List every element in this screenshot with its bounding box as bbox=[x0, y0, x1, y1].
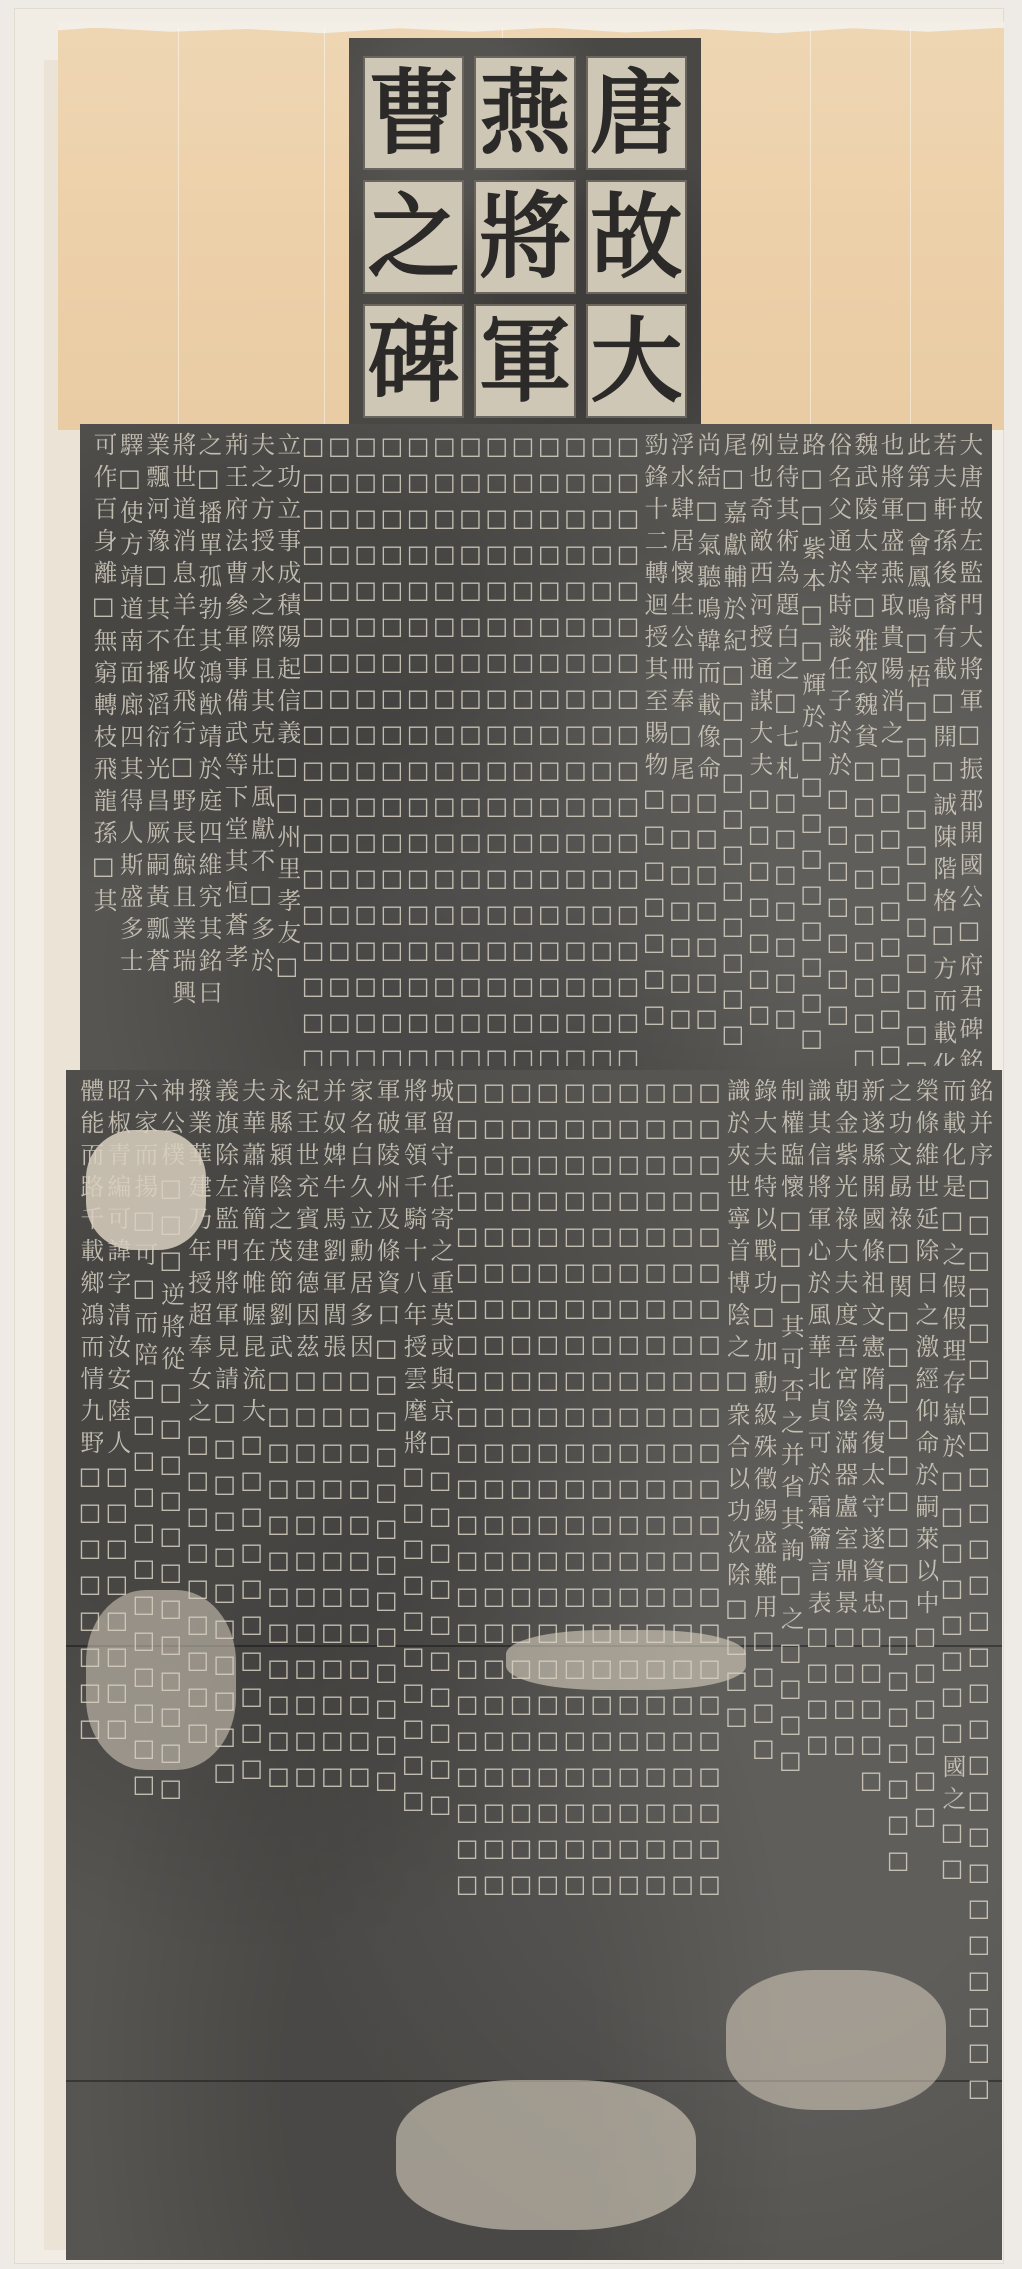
inscription-column: 永縣潁陰之茂節劉武□□□□□□□□□□□□ bbox=[265, 1078, 292, 2252]
inscription-column: □□□□□□□□□□□□□□□□□□□□□□□ bbox=[453, 1078, 480, 2252]
inscription-column: 路□□紫本□□輝於□□□□□□□□□ bbox=[798, 432, 824, 1066]
inscription-column: 魏武陵太宰□雅叙魏貧□□□□□□□□□ bbox=[851, 432, 877, 1066]
weathered-damage bbox=[726, 1970, 946, 2110]
inscription-column: □□□□□□□□□□□□□□□□□□□ bbox=[431, 432, 457, 1066]
inscription-column: 尚結□氣聽鳴韓而載像命□□□□□□□ bbox=[693, 432, 719, 1066]
title-char: 將 bbox=[474, 180, 575, 294]
inscription-column: □□□□□□□□□□□□□□□□□□□ bbox=[510, 432, 536, 1066]
inscription-column: 可作百身離□無窮轉枝飛龍孫□其 bbox=[90, 432, 116, 1066]
inscription-column: 也將軍盛燕取貴陽消之□□□□□□□□□ bbox=[877, 432, 903, 1066]
inscription-column: □□□□□□□□□□□□□□□□□□□ bbox=[300, 432, 326, 1066]
weathered-damage bbox=[86, 1590, 236, 1770]
upper-text-columns: 大唐故左監門大將軍□振郡開國公□府君碑銘并序若夫軒孫後裔有截□開□誠陳階格□方而… bbox=[90, 432, 982, 1066]
inscription-column: 驛□使方靖道南面廊四其得人斯盛多士 bbox=[116, 432, 142, 1066]
paper-crease bbox=[810, 28, 811, 430]
inscription-column: □□□□□□□□□□□□□□□□□□□ bbox=[562, 432, 588, 1066]
title-char: 故 bbox=[586, 180, 687, 294]
title-char: 碑 bbox=[363, 304, 464, 418]
weathered-damage bbox=[506, 1630, 746, 1690]
title-char: 之 bbox=[363, 180, 464, 294]
paper-crease bbox=[324, 28, 325, 430]
title-char: 燕 bbox=[474, 56, 575, 170]
inscription-column: 浮水肆居懷生公冊奉□尾□□□□□□□ bbox=[667, 432, 693, 1066]
inscription-upper-slab: 大唐故左監門大將軍□振郡開國公□府君碑銘并序若夫軒孫後裔有截□開□誠陳階格□方而… bbox=[80, 424, 992, 1074]
inscription-column: 夫之方授水之際且其克壯風獻不□多於 bbox=[247, 432, 273, 1066]
inscription-column: □□□□□□□□□□□□□□□□□□□ bbox=[484, 432, 510, 1066]
inscription-column: □□□□□□□□□□□□□□□□□□□ bbox=[352, 432, 378, 1066]
weathered-damage bbox=[86, 1130, 206, 1250]
inscription-column: 俗名父通於時談任子於於□□□□□□□ bbox=[825, 432, 851, 1066]
inscription-lower-slab: 銘并序□□□□□□□□□□□□□□□□□□□□□□□□□□而載化是□之假假理存嶽… bbox=[66, 1070, 1002, 2260]
title-char: 曹 bbox=[363, 56, 464, 170]
weathered-damage bbox=[396, 2080, 696, 2230]
inscription-column: 尾□嘉獻輔於紀□□□□□□□□□□□ bbox=[720, 432, 746, 1066]
inscription-column: □□□□□□□□□□□□□□□□□□□ bbox=[588, 432, 614, 1066]
inscription-column: □□□□□□□□□□□□□□□□□□□ bbox=[615, 432, 641, 1066]
title-char: 唐 bbox=[586, 56, 687, 170]
inscription-column: 銘并序□□□□□□□□□□□□□□□□□□□□□□□□□□ bbox=[965, 1078, 992, 2252]
inscription-column: 業飄河豫□其不播滔衍光昌厥嗣黃瓢蒼 bbox=[142, 432, 168, 1066]
seal-script-title-block: 唐 故 大 燕 將 軍 曹 之 碑 bbox=[349, 38, 701, 430]
title-char: 大 bbox=[586, 304, 687, 418]
inscription-column: □□□□□□□□□□□□□□□□□□□ bbox=[405, 432, 431, 1066]
inscription-column: □□□□□□□□□□□□□□□□□□□ bbox=[536, 432, 562, 1066]
inscription-column: 軍破陵州及條資口□□□□□□□□□□□□□ bbox=[372, 1078, 399, 2252]
inscription-column: 若夫軒孫後裔有截□開□誠陳階格□方而載化是 bbox=[930, 432, 956, 1066]
paper-crease bbox=[178, 28, 179, 430]
inscription-column: 豈待其術為題白之□七札□□□□□□□ bbox=[772, 432, 798, 1066]
inscription-column: 勁鋒十二轉迴授其至賜物□□□□□□□ bbox=[641, 432, 667, 1066]
torn-top-edge bbox=[58, 22, 1004, 36]
inscription-column: 大唐故左監門大將軍□振郡開國公□府君碑銘并序 bbox=[956, 432, 982, 1066]
inscription-column: 夫華蕭清簡在帷幄昆流大□□□□□□□□□□ bbox=[238, 1078, 265, 2252]
inscription-column: □□□□□□□□□□□□□□□□□□□ bbox=[326, 432, 352, 1066]
inscription-column: 立功立事成積陽起信義□□州里孝友□ bbox=[274, 432, 300, 1066]
inscription-column: □□□□□□□□□□□□□□□□□□□ bbox=[379, 432, 405, 1066]
title-char: 軍 bbox=[474, 304, 575, 418]
inscription-column: 之□播單孤勃其鴻猷靖於庭四維究其銘曰 bbox=[195, 432, 221, 1066]
inscription-column: 紀王世充賓建德因茲□□□□□□□□□□□□ bbox=[292, 1078, 319, 2252]
inscription-column: 例也奇敵西河授通謀大夫□□□□□□□ bbox=[746, 432, 772, 1066]
inscription-column: 荊王府法曹參軍事備武等下堂其恒蒼孝 bbox=[221, 432, 247, 1066]
inscription-column: 家名白久立勳居多因□□□□□□□□□□□□ bbox=[345, 1078, 372, 2252]
inscription-column: 而載化是□之假假理存嶽於□□□□□□□□國之□□ bbox=[938, 1078, 965, 2252]
inscription-column: □□□□□□□□□□□□□□□□□□□□□□□ bbox=[480, 1078, 507, 2252]
paper-crease bbox=[910, 28, 911, 430]
inscription-column: 城留守任寄之重莫或與京□□□□□□□□□□□ bbox=[426, 1078, 453, 2252]
inscription-column: 此第□會鳳鳴□梧□□□□□□□□□□□□ bbox=[903, 432, 929, 1066]
inscription-column: 將世道消息羊在收飛行□野長鯨且業瑞興 bbox=[169, 432, 195, 1066]
inscription-column: 并奴婢牛馬劉軍閭張□□□□□□□□□□□□ bbox=[318, 1078, 345, 2252]
inscription-column: 將軍領千騎十八年授雲麾將□□□□□□□□□□ bbox=[399, 1078, 426, 2252]
inscription-column: □□□□□□□□□□□□□□□□□□□ bbox=[457, 432, 483, 1066]
